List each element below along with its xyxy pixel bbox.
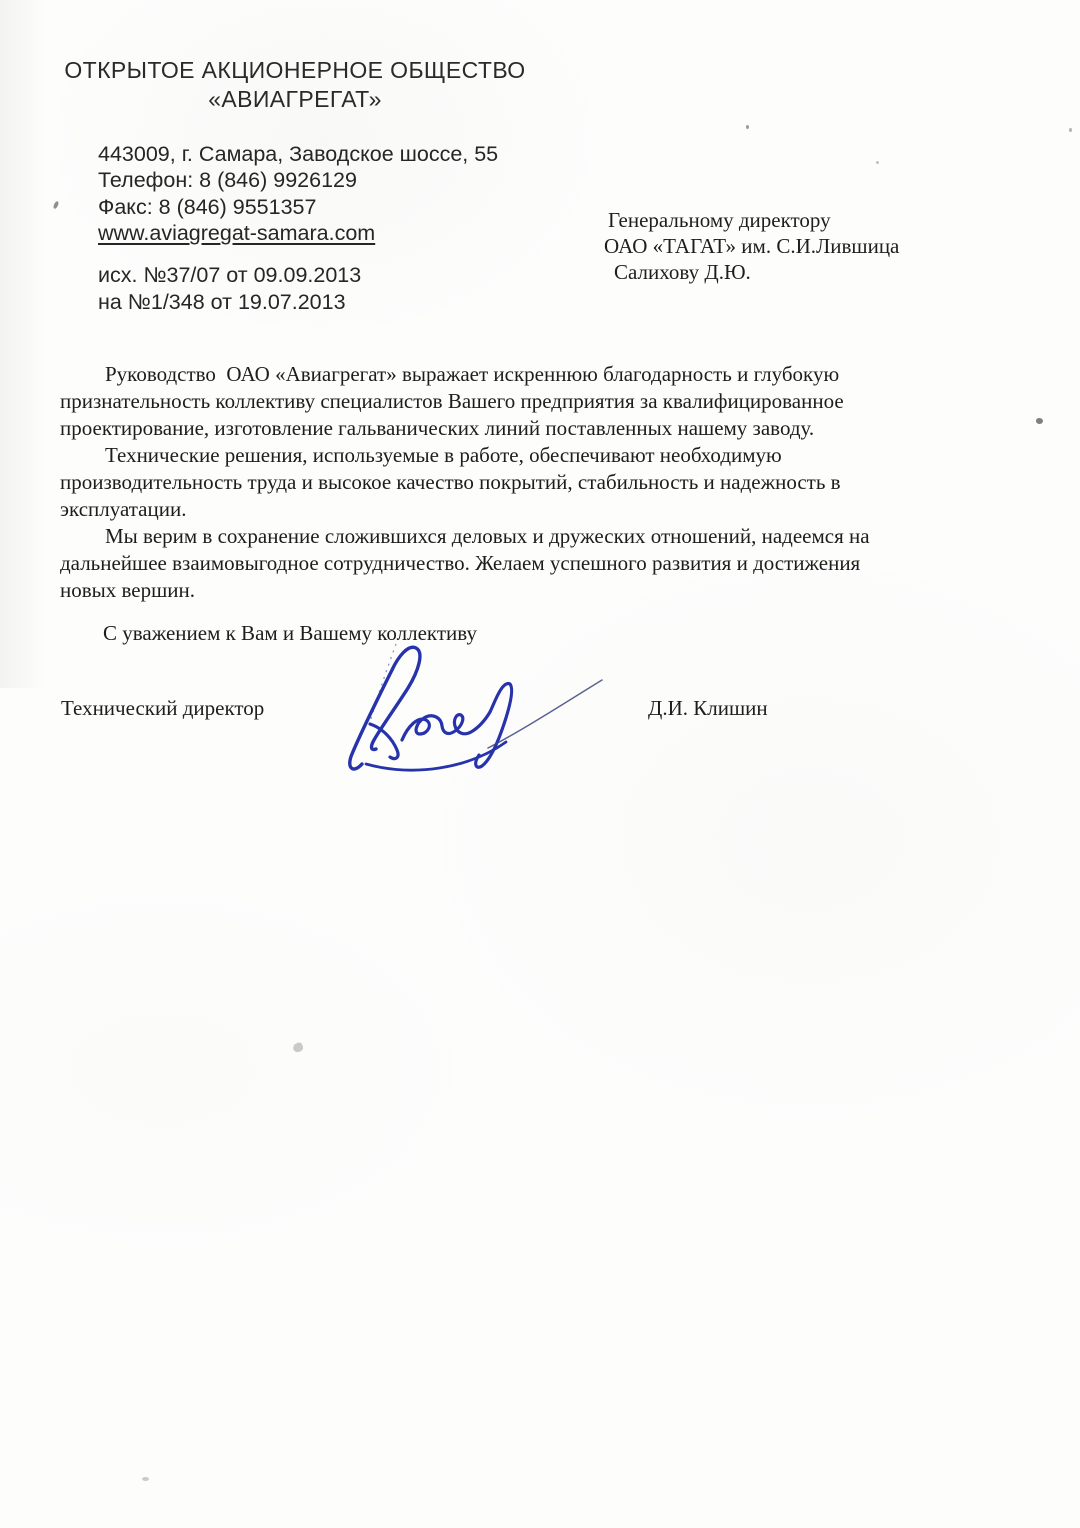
org-name-line2: «АВИАГРЕГАТ» (58, 85, 532, 114)
reference-block: исх. №37/07 от 09.09.2013 на №1/348 от 1… (98, 262, 361, 316)
signer-position: Технический директор (61, 696, 264, 721)
incoming-ref: на №1/348 от 19.07.2013 (98, 289, 361, 316)
handwritten-signature-ink (338, 636, 618, 776)
org-header: ОТКРЫТОЕ АКЦИОНЕРНОЕ ОБЩЕСТВО «АВИАГРЕГА… (58, 56, 532, 114)
outgoing-ref: исх. №37/07 от 09.09.2013 (98, 262, 361, 289)
signature-main-stroke (350, 647, 420, 769)
body-line: проектирование, изготовление гальваничес… (60, 415, 870, 442)
body-line: новых вершин. (60, 577, 870, 604)
body-line: признательность коллективу специалистов … (60, 388, 870, 415)
body-line: дальнейшее взаимовыгодное сотрудничество… (60, 550, 870, 577)
scan-artifact-speck (292, 1042, 304, 1054)
signature-loops-stroke (402, 684, 512, 768)
scan-artifact-speck (53, 201, 59, 210)
org-phone: Телефон: 8 (846) 9926129 (98, 167, 498, 193)
body-line: Руководство ОАО «Авиагрегат» выражает ис… (60, 361, 870, 388)
signer-name: Д.И. Клишин (648, 696, 768, 721)
signature-underline-stroke (366, 742, 506, 770)
scan-artifact-speck (746, 125, 749, 129)
addressee-name: Салихову Д.Ю. (604, 259, 899, 285)
contact-block: 443009, г. Самара, Заводское шоссе, 55 Т… (98, 141, 498, 247)
scan-artifact-speck (1069, 128, 1072, 132)
body-line: эксплуатации. (60, 496, 870, 523)
scan-artifact-speck (876, 161, 879, 164)
org-website: www.aviagregat-samara.com (98, 220, 498, 246)
addressee-block: Генеральному директору ОАО «ТАГАТ» им. С… (604, 207, 899, 285)
scan-artifact-speck (142, 1477, 149, 1481)
letter-body: Руководство ОАО «Авиагрегат» выражает ис… (60, 361, 870, 604)
org-name-line1: ОТКРЫТОЕ АКЦИОНЕРНОЕ ОБЩЕСТВО (58, 56, 532, 85)
body-line: производительность труда и высокое качес… (60, 469, 870, 496)
addressee-title: Генеральному директору (604, 207, 899, 233)
org-fax: Факс: 8 (846) 9551357 (98, 194, 498, 220)
body-line: Технические решения, используемые в рабо… (60, 442, 870, 469)
signature-tail-stroke (488, 680, 602, 748)
org-address: 443009, г. Самара, Заводское шоссе, 55 (98, 141, 498, 167)
body-line: Мы верим в сохранение сложившихся деловы… (60, 523, 870, 550)
addressee-company: ОАО «ТАГАТ» им. С.И.Лившица (604, 233, 899, 259)
scan-artifact-speck (1036, 418, 1043, 424)
scanned-letter-page: ОТКРЫТОЕ АКЦИОНЕРНОЕ ОБЩЕСТВО «АВИАГРЕГА… (0, 0, 1080, 1528)
